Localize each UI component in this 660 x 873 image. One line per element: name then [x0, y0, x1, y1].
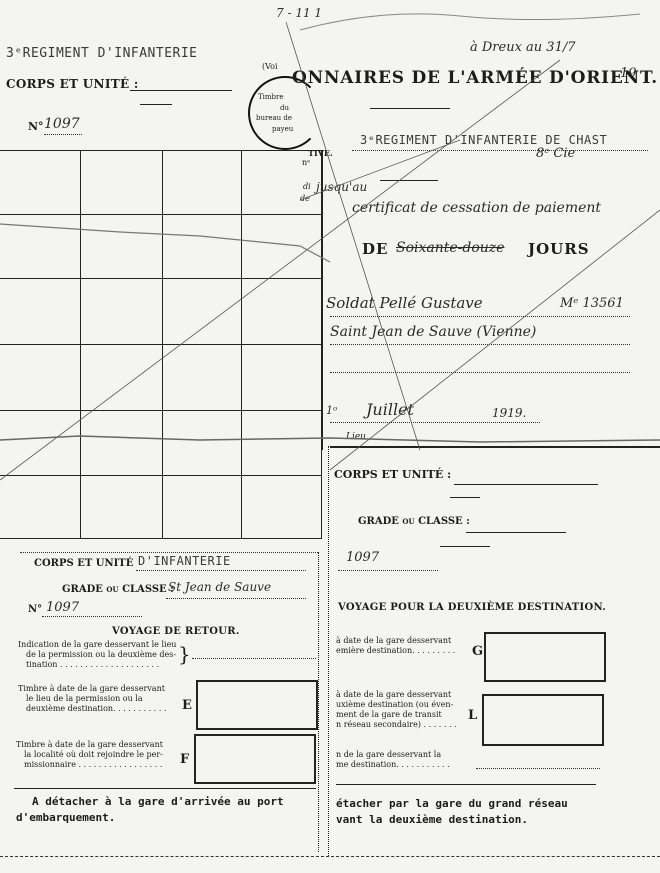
cancellation-strokes	[0, 0, 660, 873]
